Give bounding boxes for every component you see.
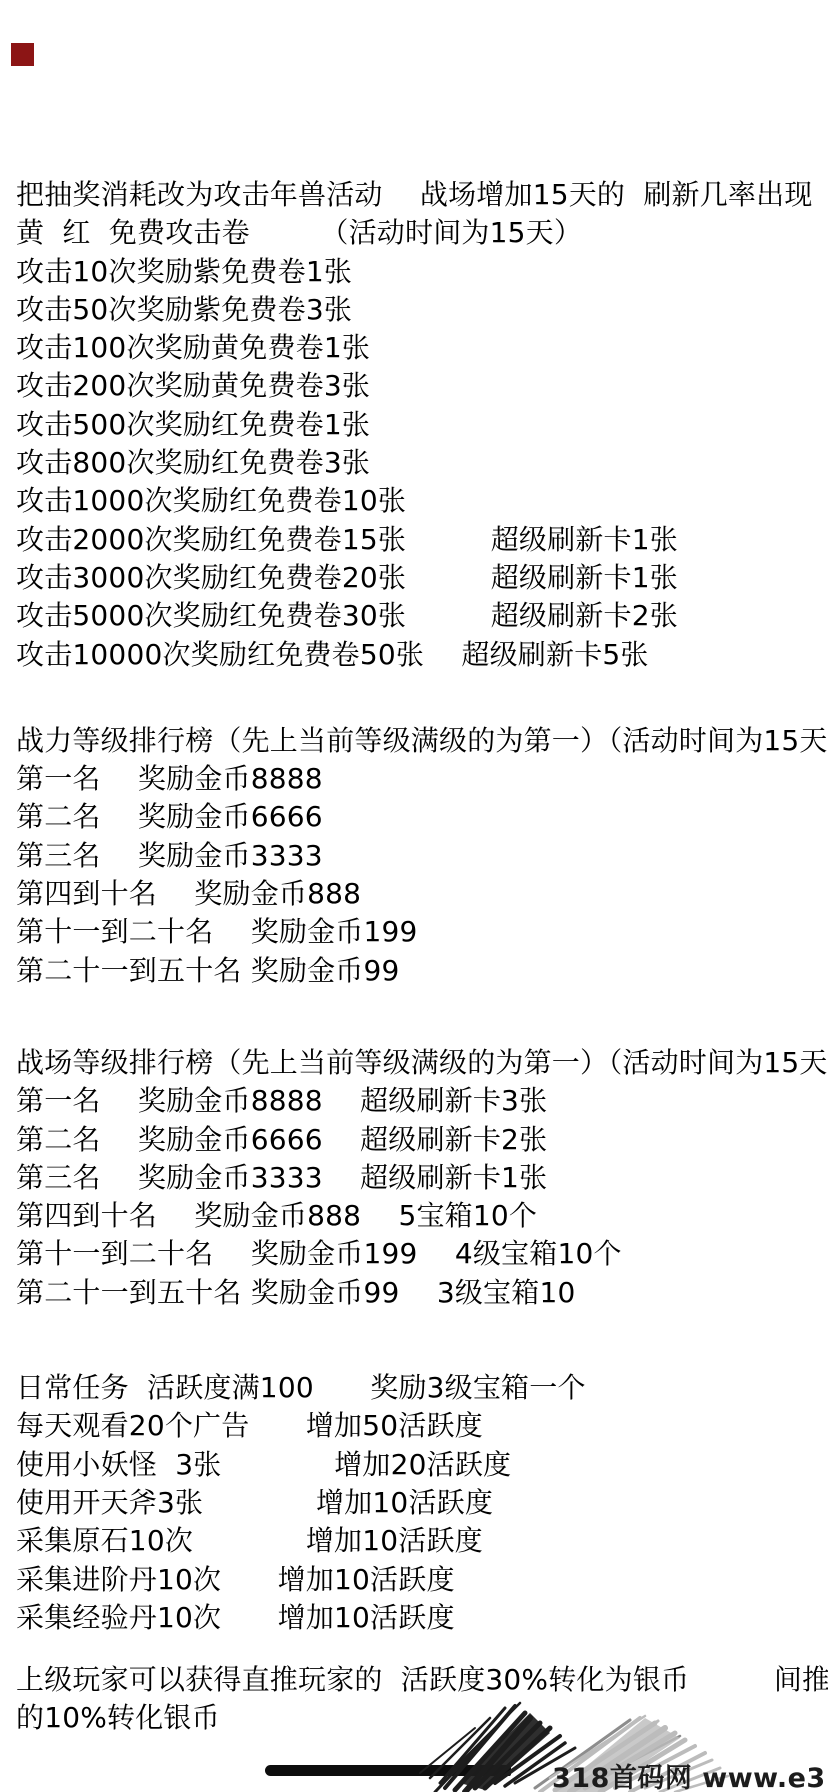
doc-line: 把抽奖消耗改为攻击年兽活动 战场增加15天的 刷新几率出现 紫 — [16, 176, 818, 214]
section-power-rank: 战力等级排行榜（先上当前等级满级的为第一）（活动时间为15天） 第一名 奖励金币… — [16, 722, 818, 990]
doc-line: 第四到十名 奖励金币888 — [16, 875, 818, 913]
section-header: 战力等级排行榜（先上当前等级满级的为第一）（活动时间为15天） — [16, 722, 818, 760]
document-page: { "page": { "bg": "#ffffff", "text_color… — [0, 0, 828, 1792]
doc-line: 第二十一到五十名 奖励金币99 — [16, 952, 818, 990]
doc-line: 使用小妖怪 3张 增加20活跃度 — [16, 1446, 818, 1484]
section-daily-tasks: 日常任务 活跃度满100 奖励3级宝箱一个 每天观看20个广告 增加50活跃度 … — [16, 1369, 818, 1637]
doc-line: 攻击100次奖励黄免费卷1张 — [16, 329, 818, 367]
doc-line: 采集进阶丹10次 增加10活跃度 — [16, 1561, 818, 1599]
red-marker — [11, 43, 34, 66]
doc-line: 第二名 奖励金币6666 超级刷新卡2张 — [16, 1121, 818, 1159]
doc-line: 采集经验丹10次 增加10活跃度 — [16, 1599, 818, 1637]
doc-line: 攻击800次奖励红免费卷3张 — [16, 444, 818, 482]
doc-line: 第三名 奖励金币3333 — [16, 837, 818, 875]
watermark-site-label: 318首码网 www.e318.com — [552, 1756, 828, 1792]
doc-line: 攻击50次奖励紫免费卷3张 — [16, 291, 818, 329]
doc-line: 采集原石10次 增加10活跃度 — [16, 1522, 818, 1560]
document-text: 把抽奖消耗改为攻击年兽活动 战场增加15天的 刷新几率出现 紫 黄 红 免费攻击… — [16, 176, 818, 1738]
doc-line: 第二名 奖励金币6666 — [16, 798, 818, 836]
doc-line: 第一名 奖励金币8888 — [16, 760, 818, 798]
doc-line: 使用开天斧3张 增加10活跃度 — [16, 1484, 818, 1522]
doc-line: 攻击1000次奖励红免费卷10张 — [16, 482, 818, 520]
doc-line: 攻击5000次奖励红免费卷30张 超级刷新卡2张 — [16, 597, 818, 635]
section-battle-rank: 战场等级排行榜（先上当前等级满级的为第一）（活动时间为15天） 第一名 奖励金币… — [16, 1044, 818, 1312]
doc-line: 攻击200次奖励黄免费卷3张 — [16, 367, 818, 405]
doc-line: 第四到十名 奖励金币888 5宝箱10个 — [16, 1197, 818, 1235]
doc-line: 第二十一到五十名 奖励金币99 3级宝箱10 — [16, 1274, 818, 1312]
doc-line: 攻击500次奖励红免费卷1张 — [16, 406, 818, 444]
doc-line: 第三名 奖励金币3333 超级刷新卡1张 — [16, 1159, 818, 1197]
doc-line: 攻击3000次奖励红免费卷20张 超级刷新卡1张 — [16, 559, 818, 597]
doc-line: 每天观看20个广告 增加50活跃度 — [16, 1407, 818, 1445]
doc-line: 攻击10次奖励紫免费卷1张 — [16, 253, 818, 291]
section-intro-attack: 把抽奖消耗改为攻击年兽活动 战场增加15天的 刷新几率出现 紫 黄 红 免费攻击… — [16, 176, 818, 674]
doc-line: 第十一到二十名 奖励金币199 — [16, 913, 818, 951]
doc-line: 第十一到二十名 奖励金币199 4级宝箱10个 — [16, 1235, 818, 1273]
doc-line: 攻击10000次奖励红免费卷50张 超级刷新卡5张 — [16, 636, 818, 674]
doc-line: 黄 红 免费攻击卷 （活动时间为15天） — [16, 214, 818, 252]
doc-line: 攻击2000次奖励红免费卷15张 超级刷新卡1张 — [16, 521, 818, 559]
section-header: 日常任务 活跃度满100 奖励3级宝箱一个 — [16, 1369, 818, 1407]
doc-line: 第一名 奖励金币8888 超级刷新卡3张 — [16, 1082, 818, 1120]
section-header: 战场等级排行榜（先上当前等级满级的为第一）（活动时间为15天） — [16, 1044, 818, 1082]
